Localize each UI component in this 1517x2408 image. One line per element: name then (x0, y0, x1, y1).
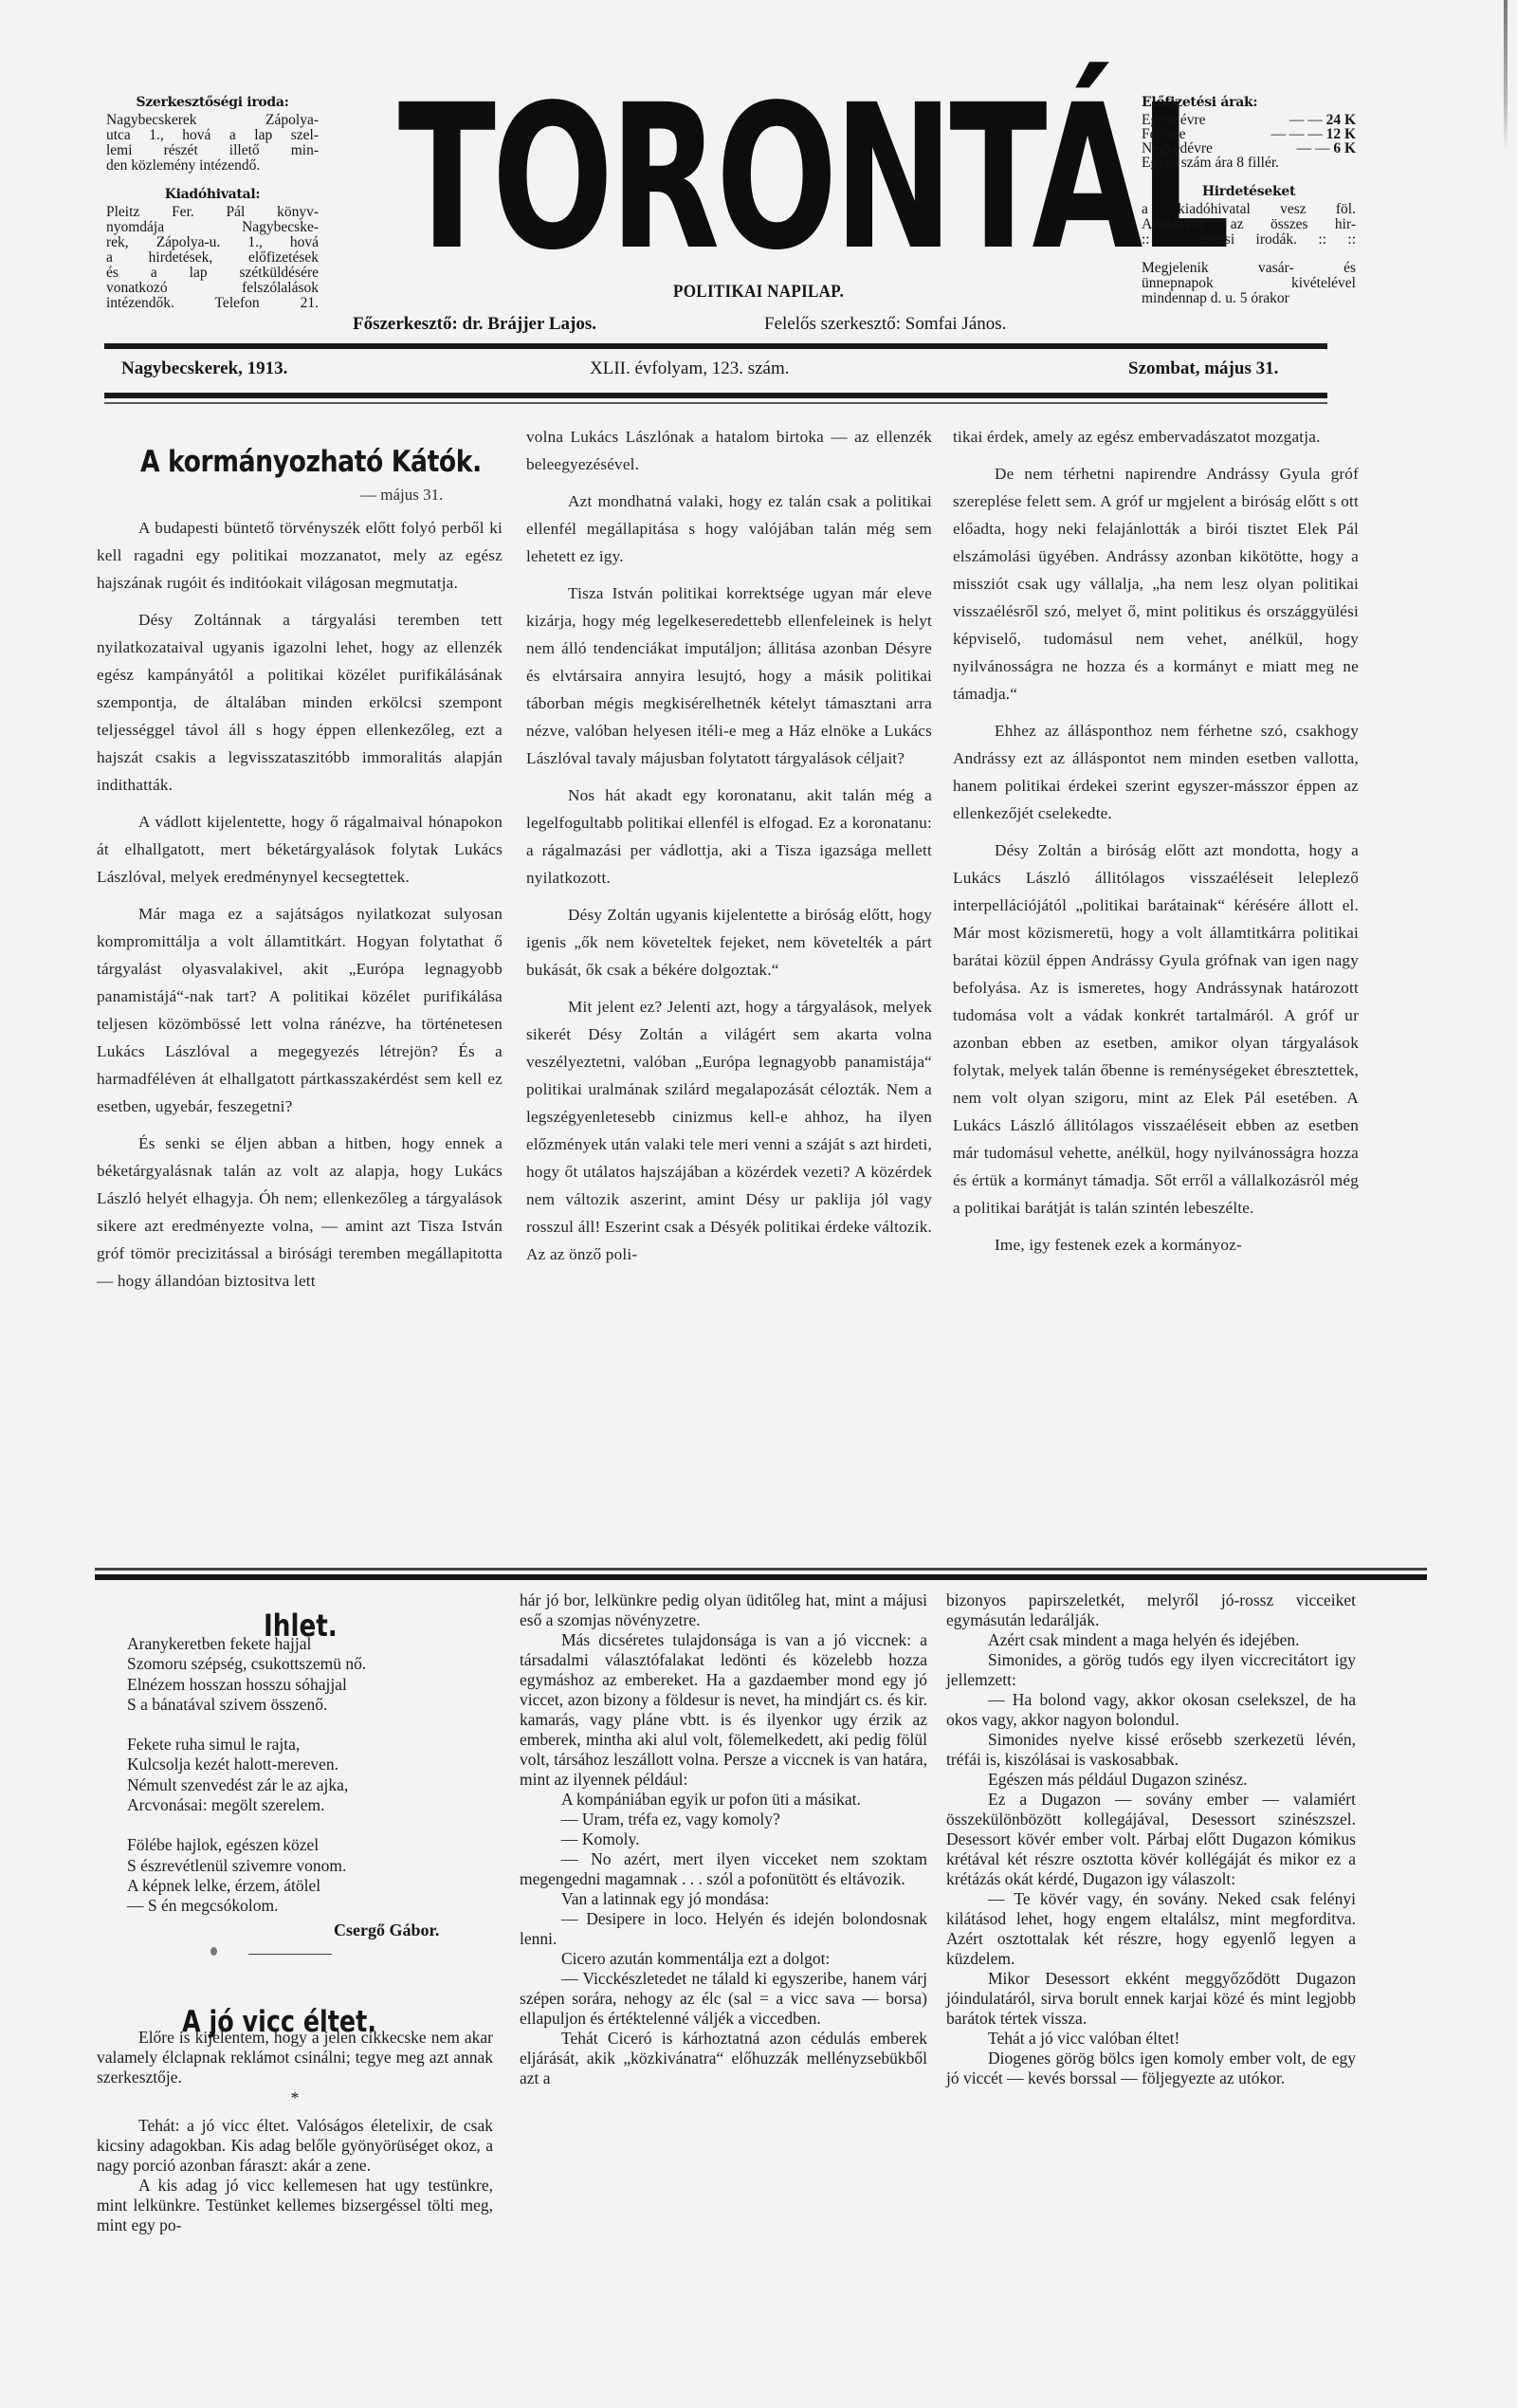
poem-stanza: Aranykeretben fekete hajjal Szomoru szép… (127, 1634, 366, 1715)
ads-line: a kiadóhivatal vesz föl. (1142, 202, 1356, 217)
paragraph: A budapesti büntető törvényszék előtt fo… (97, 514, 503, 597)
poem-line: — S én megcsókolom. (127, 1896, 366, 1916)
ads-line: :: :: detési irodák. :: :: (1142, 232, 1356, 248)
paragraph: Tehát Ciceró is kárhoztatná azon cédulás… (520, 2029, 927, 2088)
ads-line: Azonkivül az összes hir- (1142, 217, 1356, 232)
newspaper-title-wrap: TORONTÁL (351, 83, 1128, 273)
single-issue-price: Egyes szám ára 8 fillér. (1142, 156, 1356, 171)
publisher-line: nyomdája Nagybecske- (106, 220, 319, 235)
poem-line: Kulcsolja kezét halott-mereven. (127, 1755, 366, 1774)
editorial-office-line: den közlemény intézendő. (106, 158, 319, 174)
paragraph: Mit jelent ez? Jelenti azt, hogy a tárgy… (526, 993, 932, 1268)
dialogue-line: — Uram, tréfa ez, vagy komoly? (520, 1810, 927, 1829)
paragraph: De nem térhetni napirendre Andrássy Gyul… (953, 460, 1359, 708)
poem-line: Fekete ruha simul le rajta, (127, 1735, 366, 1755)
paragraph: A kis adag jó vicc kellemesen hat ugy te… (97, 2176, 493, 2235)
paragraph: bizonyos papirszeletkét, melyről jó-ross… (946, 1590, 1356, 1630)
paragraph: Désy Zoltánnak a tárgyalási teremben tet… (97, 606, 503, 799)
newspaper-title: TORONTÁL (398, 83, 1226, 273)
dateline-rule (104, 393, 1327, 398)
dialogue-line: — Vicckészletedet ne tálald ki egyszerib… (520, 1969, 927, 2029)
paragraph: tikai érdek, amely az egész embervadásza… (953, 423, 1359, 450)
paragraph: volna Lukács Lászlónak a hatalom birtoka… (526, 423, 932, 478)
ink-blot (210, 1947, 217, 1956)
paragraph: Ime, igy festenek ezek a kormányoz- (953, 1231, 1359, 1259)
paragraph: Azért csak mindent a maga helyén és idej… (946, 1630, 1356, 1650)
volume-issue: XLII. évfolyam, 123. szám. (590, 358, 790, 379)
feuilleton-rule-thin (95, 1568, 1427, 1571)
lead-article-column-1: A budapesti büntető törvényszék előtt fo… (97, 514, 503, 1304)
paragraph: Előre is kijelentem, hogy a jelen cikkec… (97, 2028, 493, 2087)
paragraph: Mikor Desessort ekként meggyőződött Duga… (946, 1969, 1356, 2029)
editorial-office-heading: Szerkesztőségi iroda: (106, 95, 319, 110)
poem-stanza: Fekete ruha simul le rajta, Kulcsolja ke… (127, 1735, 366, 1815)
dialogue-line: — Desipere in loco. Helyén és idején bol… (520, 1909, 927, 1949)
place-year: Nagybecskerek, 1913. (121, 358, 287, 379)
poem: Aranykeretben fekete hajjal Szomoru szép… (127, 1634, 366, 1937)
dateline: Nagybecskerek, 1913. XLII. évfolyam, 123… (0, 358, 1517, 387)
dialogue-line: — Ha bolond vagy, akkor okosan cseleksze… (946, 1690, 1356, 1730)
lead-article-column-3: tikai érdek, amely az egész embervadásza… (953, 423, 1359, 1268)
editorial-office-line: Nagybecskerek Zápolya- (106, 113, 319, 128)
paragraph: És senki se éljen abban a hitben, hogy e… (97, 1130, 503, 1295)
paragraph: Simonides nyelve kissé erősebb szerkezet… (946, 1730, 1356, 1770)
schedule-line: Megjelenik vasár- és (1142, 261, 1356, 276)
joke-article-column-3: bizonyos papirszeletkét, melyről jó-ross… (946, 1590, 1356, 2088)
ads-heading: Hirdetéseket (1142, 184, 1356, 199)
lead-article-column-2: volna Lukács Lászlónak a hatalom birtoka… (526, 423, 932, 1278)
paragraph: Cicero azután kommentálja ezt a dolgot: (520, 1949, 927, 1969)
paragraph: Tehát a jó vicc valóban éltet! (946, 2029, 1356, 2049)
poem-line: S észrevétlenül szivemre vonom. (127, 1856, 366, 1876)
price-label: Félévre (1142, 127, 1185, 141)
poem-line: S a bánatával szivem összenő. (127, 1695, 366, 1715)
responsible-editor: Felelős szerkesztő: Somfai János. (764, 314, 1006, 335)
lead-article-title: A kormányozható Kátók. (140, 445, 482, 479)
chief-editor: Főszerkesztő: dr. Brájjer Lajos. (353, 314, 596, 335)
paragraph: Azt mondhatná valaki, hogy ez talán csak… (526, 487, 932, 570)
price-row: Egész évre — — 24 K (1142, 113, 1356, 127)
publisher-heading: Kiadóhivatal: (106, 187, 319, 202)
publisher-line: és a lap szétküldésére (106, 266, 319, 281)
paragraph: Ehhez az állásponthoz nem férhetne szó, … (953, 717, 1359, 827)
publisher-line: a hirdetések, előfizetések (106, 250, 319, 266)
price-value: 6 K (1333, 140, 1356, 156)
paragraph: Nos hát akadt egy koronatanu, akit talán… (526, 781, 932, 892)
asterisk-separator: * (97, 2087, 493, 2108)
joke-article-column-1: Előre is kijelentem, hogy a jelen cikkec… (97, 2028, 493, 2235)
feuilleton-rule-thick (95, 1574, 1427, 1580)
section-divider (248, 1954, 332, 1955)
poem-author: Csergő Gábor. (334, 1921, 439, 1940)
paragraph: Simonides, a görög tudós egy ilyen viccr… (946, 1650, 1356, 1690)
paragraph: Más dicséretes tulajdonsága is van a jó … (520, 1630, 927, 1790)
poem-line: Aranykeretben fekete hajjal (127, 1634, 366, 1654)
paragraph: hár jó bor, lelkünkre pedig olyan üditől… (520, 1590, 927, 1630)
publisher-line: rek, Zápolya-u. 1., hová (106, 235, 319, 250)
publisher-line: Pleitz Fer. Pál könyv- (106, 205, 319, 220)
schedule-line: ünnepnapok kivételével (1142, 276, 1356, 291)
poem-line: Arcvonásai: megölt szerelem. (127, 1795, 366, 1815)
paragraph: A vádlott kijelentette, hogy ő rágalmaiv… (97, 808, 503, 891)
dialogue-line: — Te kövér vagy, én sovány. Neked csak f… (946, 1889, 1356, 1969)
poem-line: Elnézem hosszan hosszu sóhajjal (127, 1675, 366, 1695)
editorial-office-line: lemi részét illető min- (106, 143, 319, 158)
poem-line: A képnek lelke, érzem, átölel (127, 1876, 366, 1896)
dateline-rule-thin (104, 402, 1327, 404)
joke-article-column-2: hár jó bor, lelkünkre pedig olyan üditől… (520, 1590, 927, 2088)
paragraph: Tehát: a jó vicc éltet. Valóságos életel… (97, 2116, 493, 2176)
paragraph: Van a latinnak egy jó mondása: (520, 1889, 927, 1909)
poem-stanza: Fölébe hajlok, egészen közel S észrevétl… (127, 1835, 366, 1916)
subscription-heading: Előfizetési árak: (1142, 95, 1356, 110)
paragraph: Ez a Dugazon — sovány ember — valamiért … (946, 1790, 1356, 1889)
paragraph: Désy Zoltán ugyanis kijelentette a birós… (526, 901, 932, 983)
editorial-office-box: Szerkesztőségi iroda: Nagybecskerek Zápo… (106, 95, 319, 311)
poem-line: Szomoru szépség, csukottszemü nő. (127, 1654, 366, 1674)
paragraph: Tisza István politikai korrektsége ugyan… (526, 579, 932, 772)
paragraph: Désy Zoltán a biróság előtt azt mondotta… (953, 836, 1359, 1222)
price-dashes: — — (1297, 140, 1330, 156)
price-row: Félévre — — — 12 K (1142, 127, 1356, 141)
price-row: Negyedévre — — 6 K (1142, 141, 1356, 156)
paragraph: Diogenes görög bölcs igen komoly ember v… (946, 2049, 1356, 2088)
masthead: Szerkesztőségi iroda: Nagybecskerek Zápo… (0, 0, 1517, 379)
schedule-line: mindennap d. u. 5 órakor (1142, 291, 1356, 306)
paragraph: A kompániában egyik ur pofon üti a másik… (520, 1790, 927, 1810)
poem-line: Fölébe hajlok, egészen közel (127, 1835, 366, 1855)
paragraph: Egészen más például Dugazon szinész. (946, 1770, 1356, 1790)
day-date: Szombat, május 31. (1128, 358, 1278, 379)
masthead-rule (104, 343, 1327, 349)
dialogue-line: — Komoly. (520, 1829, 927, 1849)
editorial-office-line: utca 1., hová a lap szel- (106, 128, 319, 143)
price-label: Egész évre (1142, 113, 1206, 127)
paragraph: Már maga ez a sajátságos nyilatkozat sul… (97, 900, 503, 1120)
dialogue-line: — No azért, mert ilyen vicceket nem szok… (520, 1849, 927, 1889)
poem-line: Némult szenvedést zár le az ajka, (127, 1775, 366, 1795)
subscription-box: Előfizetési árak: Egész évre — — 24 K Fé… (1142, 95, 1356, 306)
price-label: Negyedévre (1142, 141, 1213, 156)
lead-article-date: — május 31. (360, 486, 443, 505)
